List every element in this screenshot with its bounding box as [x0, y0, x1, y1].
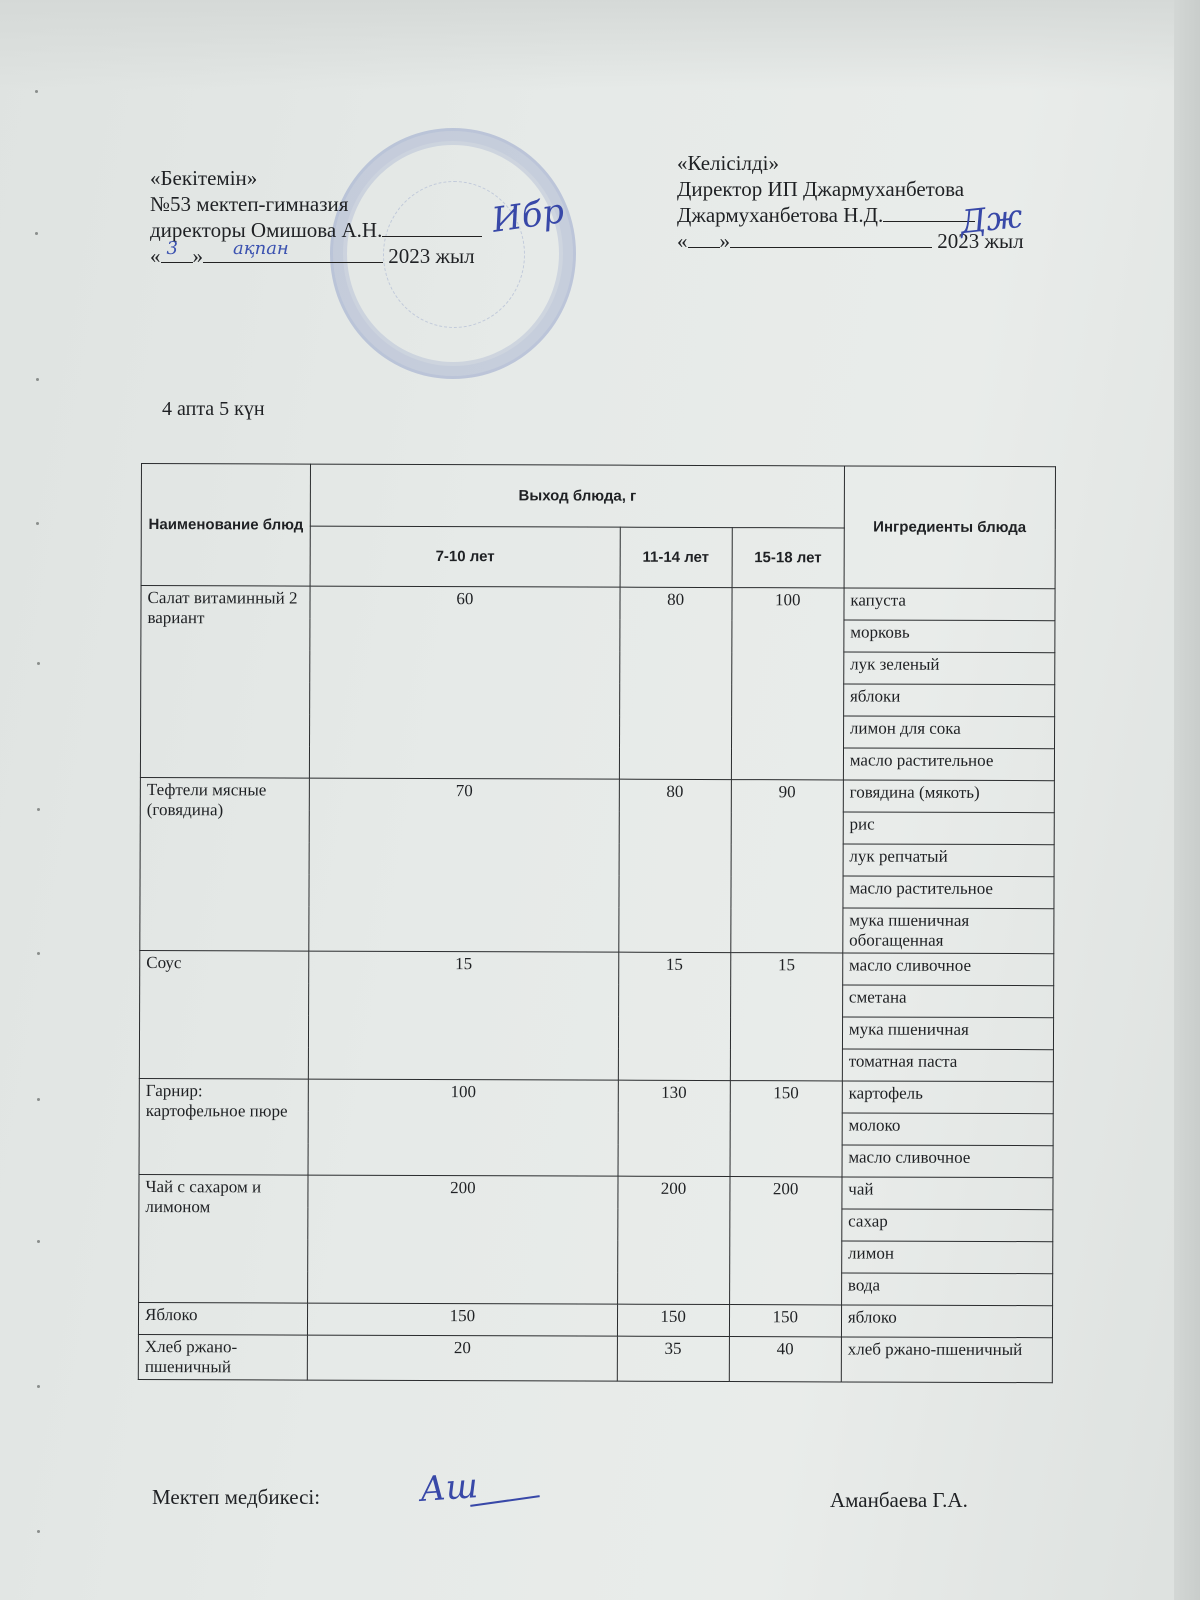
table-row: Соус151515масло сливочное — [140, 950, 1054, 985]
nurse-signature-stroke — [470, 1495, 540, 1507]
speck — [36, 522, 39, 525]
dish-name: Тефтели мясные (говядина) — [140, 777, 310, 951]
ingredient: лимон для сока — [843, 716, 1054, 749]
table-row: Чай с сахаром и лимоном200200200чай — [139, 1174, 1053, 1209]
date-close-quote: » — [720, 229, 731, 253]
ingredient: лук зеленый — [844, 652, 1055, 685]
ingredient: капуста — [844, 588, 1055, 621]
date-close-quote: » — [193, 244, 204, 268]
table-row: Салат витаминный 2 вариант6080100капуста — [141, 586, 1055, 621]
yield-11-14: 200 — [617, 1176, 730, 1304]
header-dish-name: Наименование блюд — [141, 464, 311, 587]
yield-7-10: 20 — [308, 1335, 617, 1381]
ingredient: масло сливочное — [842, 953, 1053, 986]
ingredient: томатная паста — [842, 1049, 1053, 1082]
dish-name: Чай с сахаром и лимоном — [139, 1174, 309, 1303]
ingredient: картофель — [842, 1081, 1053, 1114]
ingredient: рис — [843, 812, 1054, 845]
ingredient: вода — [841, 1273, 1052, 1306]
ingredient: сметана — [842, 985, 1053, 1018]
table-row: Гарнир: картофельное пюре100130150картоф… — [139, 1078, 1053, 1113]
week-day-label: 4 апта 5 күн — [162, 398, 265, 421]
school-name: №53 мектеп-гимназия — [150, 191, 482, 217]
speck — [37, 952, 40, 955]
ingredient: мука пшеничная обогащенная — [843, 908, 1054, 954]
handwritten-day: 3 — [167, 236, 178, 262]
date-open-quote: « — [150, 244, 161, 268]
director-line: директоры Омишова А.Н. — [150, 217, 482, 243]
yield-15-18: 150 — [729, 1305, 841, 1337]
dish-name: Салат витаминный 2 вариант — [140, 586, 310, 779]
day-blank: 3 — [161, 244, 193, 263]
month-blank — [730, 229, 932, 248]
table-row: Яблоко150150150яблоко — [138, 1302, 1052, 1337]
yield-15-18: 100 — [731, 588, 844, 780]
page-edge — [1174, 0, 1200, 1600]
ingredient: хлеб ржано-пшеничный — [841, 1337, 1052, 1383]
agreed-position: Директор ИП Джармуханбетова — [677, 176, 1024, 202]
agreed-signature: Дж — [958, 197, 1024, 241]
yield-15-18: 150 — [730, 1081, 842, 1177]
yield-7-10: 60 — [310, 586, 620, 779]
ingredient: морковь — [844, 620, 1055, 653]
day-blank — [688, 229, 720, 248]
nurse-signature: Аш — [419, 1466, 480, 1510]
approval-title: «Келісілді» — [677, 150, 1024, 176]
ingredient: масло растительное — [843, 748, 1054, 781]
header-age-7-10: 7-10 лет — [310, 526, 619, 587]
table-row: Тефтели мясные (говядина)708090говядина … — [140, 777, 1054, 812]
yield-11-14: 80 — [619, 587, 732, 779]
yield-7-10: 70 — [309, 778, 619, 952]
speck — [35, 90, 38, 93]
year-text: 2023 жыл — [388, 244, 474, 268]
yield-15-18: 200 — [729, 1177, 842, 1305]
header-age-15-18: 15-18 лет — [732, 528, 844, 588]
speck — [35, 232, 38, 235]
signature-blank — [382, 218, 482, 237]
nurse-label: Мектеп медбикесі: — [152, 1485, 320, 1510]
document-page: «Бекітемін» №53 мектеп-гимназия директор… — [0, 0, 1200, 1600]
yield-7-10: 15 — [309, 951, 619, 1080]
ingredient: масло растительное — [843, 876, 1054, 909]
approval-title: «Бекітемін» — [150, 165, 482, 191]
header-age-11-14: 11-14 лет — [620, 527, 732, 587]
yield-11-14: 80 — [618, 779, 731, 952]
yield-15-18: 40 — [729, 1337, 841, 1382]
speck — [37, 808, 40, 811]
ingredient: мука пшеничная — [842, 1017, 1053, 1050]
header-yield: Выход блюда, г — [311, 464, 845, 528]
menu-table: Наименование блюд Выход блюда, г Ингреди… — [138, 463, 1056, 1383]
speck — [37, 1240, 40, 1243]
menu-table-body: Салат витаминный 2 вариант6080100капуста… — [138, 586, 1055, 1383]
yield-11-14: 35 — [617, 1336, 729, 1381]
header-ingredients: Ингредиенты блюда — [844, 466, 1056, 589]
dish-name: Хлеб ржано-пшеничный — [138, 1334, 307, 1380]
yield-15-18: 15 — [730, 953, 843, 1081]
date-open-quote: « — [677, 229, 688, 253]
nurse-name: Аманбаева Г.А. — [830, 1488, 968, 1513]
table-row: Хлеб ржано-пшеничный203540хлеб ржано-пше… — [138, 1334, 1052, 1382]
dish-name: Соус — [139, 950, 309, 1079]
speck — [37, 662, 40, 665]
yield-11-14: 15 — [618, 952, 731, 1080]
yield-11-14: 130 — [618, 1080, 730, 1176]
date-line: «3»ақпан 2023 жыл — [150, 243, 482, 269]
speck — [36, 378, 39, 381]
speck — [37, 1530, 40, 1533]
speck — [37, 1385, 40, 1388]
yield-15-18: 90 — [730, 780, 843, 953]
ingredient: чай — [842, 1177, 1053, 1210]
page-shadow — [0, 0, 1200, 90]
ingredient: молоко — [842, 1113, 1053, 1146]
ingredient: масло сливочное — [842, 1145, 1053, 1178]
month-blank: ақпан — [203, 244, 383, 263]
ingredient: яблоко — [841, 1305, 1052, 1338]
ingredient: яблоки — [843, 684, 1054, 717]
yield-7-10: 100 — [308, 1079, 618, 1176]
agreed-name: Джармуханбетова Н.Д. — [677, 203, 883, 227]
yield-7-10: 150 — [308, 1303, 617, 1336]
yield-7-10: 200 — [308, 1175, 618, 1304]
ingredient: лук репчатый — [843, 844, 1054, 877]
dish-name: Яблоко — [138, 1302, 307, 1335]
ingredient: говядина (мякоть) — [843, 780, 1054, 813]
ingredient: сахар — [842, 1209, 1053, 1242]
dish-name: Гарнир: картофельное пюре — [139, 1078, 309, 1175]
approval-block-left: «Бекітемін» №53 мектеп-гимназия директор… — [150, 165, 482, 269]
ingredient: лимон — [841, 1241, 1052, 1274]
handwritten-month: ақпан — [233, 236, 289, 262]
yield-11-14: 150 — [617, 1304, 729, 1336]
speck — [37, 1098, 40, 1101]
